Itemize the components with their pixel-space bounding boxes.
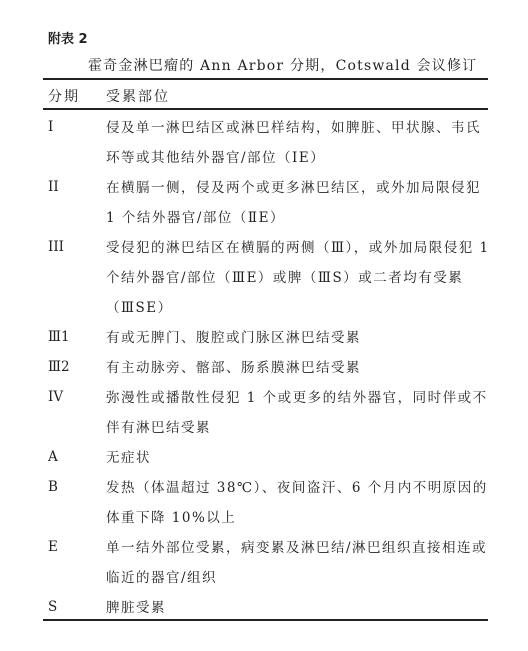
desc-cell: 受侵犯的淋巴结区在横膈的两侧（Ⅲ），或外加局限侵犯 1 个结外器官/部位（ⅢE）… (106, 233, 492, 323)
bottom-rule (43, 619, 488, 621)
top-rule (43, 78, 488, 80)
stage-cell: A (48, 449, 58, 465)
header-stage: 分期 (48, 86, 80, 106)
desc-cell: 发热（体温超过 38℃）、夜间盗汗、6 个月内不明原因的体重下降 10%以上 (106, 473, 492, 533)
desc-cell: 侵及单一淋巴结区或淋巴样结构，如脾脏、甲状腺、韦氏环等或其他结外器官/部位（ⅠE… (106, 113, 492, 173)
stage-cell: I (48, 119, 53, 135)
desc-cell: 有主动脉旁、髂部、肠系膜淋巴结受累 (106, 353, 492, 383)
stage-cell: S (48, 599, 57, 615)
table-title: 霍奇金淋巴瘤的 Ann Arbor 分期，Cotswald 会议修订 (88, 55, 477, 75)
table-label: 附表 2 (48, 28, 88, 47)
stage-cell: II (48, 179, 59, 195)
stage-cell: Ⅲ2 (48, 359, 70, 375)
desc-cell: 有或无脾门、腹腔或门脉区淋巴结受累 (106, 323, 492, 353)
desc-cell: 无症状 (106, 443, 492, 473)
header-site: 受累部位 (106, 86, 170, 106)
stage-cell: IV (48, 389, 63, 405)
stage-cell: E (48, 539, 58, 555)
header-rule (43, 108, 488, 110)
stage-cell: III (48, 239, 64, 255)
stage-cell: Ⅲ1 (48, 329, 70, 345)
desc-cell: 在横膈一侧，侵及两个或更多淋巴结区，或外加局限侵犯 1 个结外器官/部位（ⅡE） (106, 173, 492, 233)
stage-cell: B (48, 479, 58, 495)
desc-cell: 单一结外部位受累，病变累及淋巴结/淋巴组织直接相连或临近的器官/组织 (106, 533, 492, 593)
desc-cell: 弥漫性或播散性侵犯 1 个或更多的结外器官，同时伴或不伴有淋巴结受累 (106, 383, 492, 443)
